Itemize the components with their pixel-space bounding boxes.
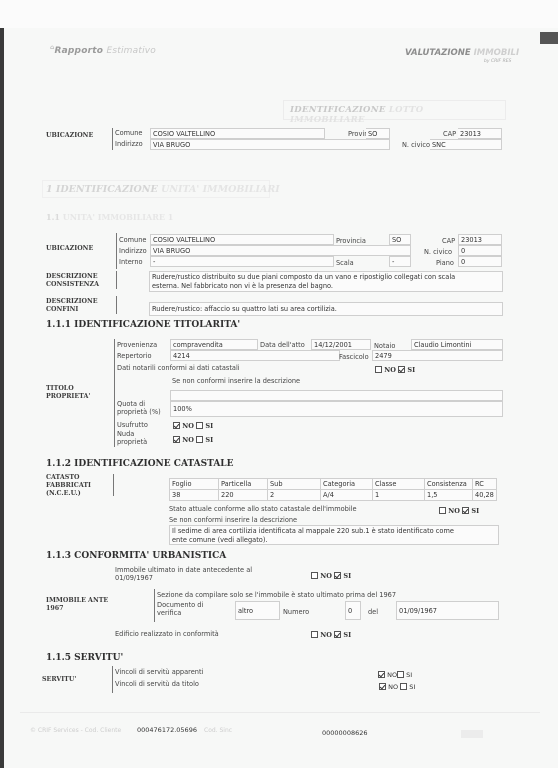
stato-conforme-label: Stato attuale conforme allo stato catast… bbox=[169, 505, 357, 513]
divider bbox=[114, 339, 115, 447]
column-header: Particella bbox=[219, 479, 268, 490]
data-atto-label: Data dell'atto bbox=[260, 341, 305, 349]
checkbox-si[interactable] bbox=[196, 436, 203, 443]
comune-field[interactable]: COSIO VALTELLINO bbox=[150, 128, 325, 139]
provincia-label: Provincia bbox=[336, 237, 366, 245]
piano-field[interactable]: 0 bbox=[458, 256, 502, 267]
quota-label: Quota di proprietà (%) bbox=[117, 400, 161, 416]
provincia-field[interactable]: SO bbox=[366, 128, 390, 139]
descrizione-consistenza-field[interactable]: Rudere/rustico distribuito su due piani … bbox=[149, 271, 503, 292]
del-date-field[interactable]: 01/09/1967 bbox=[396, 601, 499, 620]
titolo-proprieta-label: TITOLO PROPRIETA' bbox=[46, 385, 90, 401]
documento-field[interactable]: altro bbox=[235, 601, 280, 620]
repertorio-field[interactable]: 4214 bbox=[170, 350, 340, 361]
servitu-apparenti-toggle[interactable]: NO SI bbox=[378, 671, 412, 679]
non-conformi-field[interactable]: Il sedime di area cortilizia identificat… bbox=[169, 525, 499, 545]
checkbox-no[interactable] bbox=[439, 507, 446, 514]
immobile-ante-1967-label: IMMOBILE ANTE 1967 bbox=[46, 597, 108, 613]
logo-rapporto-estimativo: ⌂Rapporto Estimativo bbox=[50, 44, 156, 56]
divider bbox=[113, 474, 114, 496]
checkbox-si[interactable] bbox=[462, 507, 469, 514]
catastale-title: 1.1.2 IDENTIFICAZIONE CATASTALE bbox=[46, 459, 234, 469]
numero-label: Numero bbox=[283, 608, 309, 616]
servitu-label: SERVITU' bbox=[42, 676, 76, 684]
documento-label: Documento di verifica bbox=[157, 601, 203, 617]
footer-sinc-label: Cod. Sinc bbox=[204, 727, 232, 734]
divider bbox=[154, 589, 155, 622]
table-cell[interactable]: 40,28 bbox=[473, 490, 497, 501]
sezione-label: Sezione da compilare solo se l'immobile … bbox=[157, 591, 396, 599]
footer-page-badge bbox=[461, 730, 483, 738]
repertorio-label: Repertorio bbox=[117, 352, 152, 360]
conformi-label: Dati notarili conformi ai dati catastali bbox=[117, 364, 240, 372]
conformita-label: Edificio realizzato in conformità bbox=[115, 630, 219, 638]
checkbox-si[interactable] bbox=[196, 422, 203, 429]
checkbox-si[interactable] bbox=[400, 683, 407, 690]
provincia-field[interactable]: SO bbox=[389, 234, 411, 245]
table-header-row: Foglio Particella Sub Categoria Classe C… bbox=[170, 479, 497, 490]
scan-edge-left bbox=[0, 28, 4, 768]
civico-label: N. civico bbox=[402, 141, 430, 149]
column-header: Classe bbox=[373, 479, 425, 490]
usufrutto-toggle[interactable]: NO SI bbox=[173, 422, 213, 430]
fascicolo-field[interactable]: 2479 bbox=[372, 350, 503, 361]
checkbox-no[interactable] bbox=[378, 671, 385, 678]
table-cell[interactable]: 1 bbox=[373, 490, 425, 501]
footer-divider bbox=[20, 712, 540, 713]
data-atto-field[interactable]: 14/12/2001 bbox=[311, 339, 371, 350]
conformi-toggle[interactable]: NO SI bbox=[375, 366, 415, 374]
servitu-title: 1.1.5 SERVITU' bbox=[46, 653, 123, 663]
checkbox-no[interactable] bbox=[311, 631, 318, 638]
table-cell[interactable]: 220 bbox=[219, 490, 268, 501]
provenienza-label: Provenienza bbox=[117, 341, 157, 349]
titolarita-title: 1.1.1 IDENTIFICAZIONE TITOLARITA' bbox=[46, 320, 240, 330]
stato-conforme-toggle[interactable]: NO SI bbox=[439, 507, 479, 515]
divider bbox=[112, 128, 113, 150]
column-header: Sub bbox=[268, 479, 321, 490]
logo-valutazione-immobili: VALUTAZIONE IMMOBILI bbox=[405, 48, 519, 58]
servitu-apparenti-label: Vincoli di servitù apparenti bbox=[115, 668, 203, 676]
unit1-title: 1.1 UNITA' IMMOBILIARE 1 bbox=[46, 212, 173, 222]
nuda-proprieta-label: Nuda proprietà bbox=[117, 430, 147, 446]
checkbox-si[interactable] bbox=[397, 671, 404, 678]
civico-field[interactable]: SNC bbox=[430, 139, 502, 150]
section-banner: IDENTIFICAZIONE LOTTO IMMOBILIARE bbox=[283, 100, 506, 120]
cap-label: CAP bbox=[443, 130, 456, 138]
indirizzo-label: Indirizzo bbox=[115, 140, 143, 148]
checkbox-si[interactable] bbox=[334, 631, 341, 638]
notaio-field[interactable]: Claudio Limontini bbox=[411, 339, 503, 350]
non-conformi-label: Se non conformi inserire la descrizione bbox=[172, 377, 300, 385]
cap-label: CAP bbox=[442, 237, 455, 245]
non-conformi-field[interactable] bbox=[170, 390, 503, 401]
ubicazione-unita-label: UBICAZIONE bbox=[46, 245, 93, 253]
ultimato-label: Immobile ultimato in date antecedente al… bbox=[115, 566, 252, 582]
table-cell[interactable]: 2 bbox=[268, 490, 321, 501]
fascicolo-label: Fascicolo bbox=[339, 353, 369, 361]
divider bbox=[116, 296, 117, 314]
divider bbox=[116, 271, 117, 289]
divider bbox=[116, 233, 117, 269]
civico-field[interactable]: 0 bbox=[458, 245, 502, 256]
comune-field[interactable]: COSIO VALTELLINO bbox=[150, 234, 334, 245]
interno-label: Interno bbox=[119, 258, 143, 266]
servitu-titolo-toggle[interactable]: NO SI bbox=[379, 683, 415, 691]
checkbox-no[interactable] bbox=[379, 683, 386, 690]
del-label: del bbox=[368, 608, 378, 616]
cap-field[interactable]: 23013 bbox=[458, 234, 502, 245]
indirizzo-field[interactable]: VIA BRUGO bbox=[150, 245, 411, 256]
footer-copyright: © CRIF Services - Cod. Cliente bbox=[30, 727, 121, 734]
nuda-proprieta-toggle[interactable]: NO SI bbox=[173, 436, 213, 444]
column-header: Foglio bbox=[170, 479, 219, 490]
provenienza-field[interactable]: compravendita bbox=[170, 339, 258, 350]
column-header: Categoria bbox=[321, 479, 373, 490]
cap-field[interactable]: 23013 bbox=[458, 128, 502, 139]
notaio-label: Notaio bbox=[374, 342, 395, 350]
ubicazione-lotto-label: UBICAZIONE bbox=[46, 132, 93, 140]
catasto-fabbricati-label: CATASTO FABBRICATI (N.C.E.U.) bbox=[46, 474, 91, 498]
indirizzo-label: Indirizzo bbox=[119, 247, 147, 255]
checkbox-no[interactable] bbox=[375, 366, 382, 373]
quota-field[interactable]: 100% bbox=[170, 401, 503, 417]
usufrutto-label: Usufrutto bbox=[117, 421, 148, 429]
checkbox-no[interactable] bbox=[311, 572, 318, 579]
descrizione-confini-label: DESCRIZIONE CONFINI bbox=[46, 298, 98, 314]
table-cell[interactable]: 38 bbox=[170, 490, 219, 501]
divider bbox=[112, 666, 113, 693]
scan-edge-right bbox=[540, 32, 558, 44]
checkbox-si[interactable] bbox=[398, 366, 405, 373]
checkbox-no[interactable] bbox=[173, 436, 180, 443]
table-cell[interactable]: A/4 bbox=[321, 490, 373, 501]
checkbox-si[interactable] bbox=[334, 572, 341, 579]
interno-field[interactable]: - bbox=[150, 256, 334, 267]
footer-sinc-code: 00000008626 bbox=[322, 729, 368, 737]
piano-label: Piano bbox=[436, 259, 454, 267]
descrizione-confini-field[interactable]: Rudere/rustico: affaccio su quattro lati… bbox=[149, 302, 503, 316]
scala-label: Scala bbox=[336, 259, 354, 267]
scan-margin-top bbox=[0, 0, 558, 28]
comune-label: Comune bbox=[115, 129, 142, 137]
servitu-titolo-label: Vincoli di servitù da titolo bbox=[115, 680, 199, 688]
comune-label: Comune bbox=[119, 236, 146, 244]
table-row: 38 220 2 A/4 1 1,5 40,28 bbox=[170, 490, 497, 501]
catasto-table: Foglio Particella Sub Categoria Classe C… bbox=[169, 478, 497, 501]
logo-subtitle: by CRIF RES bbox=[484, 59, 511, 64]
footer-client-code: 000476172.05696 bbox=[137, 726, 197, 734]
descrizione-consistenza-label: DESCRIZIONE CONSISTENZA bbox=[46, 273, 99, 289]
numero-field[interactable]: 0 bbox=[345, 601, 361, 620]
civico-label: N. civico bbox=[424, 248, 452, 256]
non-conformi-label: Se non conformi inserire la descrizione bbox=[169, 516, 297, 524]
column-header: Consistenza bbox=[425, 479, 473, 490]
urbanistica-title: 1.1.3 CONFORMITA' URBANISTICA bbox=[46, 551, 226, 561]
ultimato-toggle[interactable]: NO SI bbox=[311, 572, 351, 580]
section1-title: 1 IDENTIFICAZIONE UNITA' IMMOBILIARI bbox=[46, 184, 280, 195]
checkbox-no[interactable] bbox=[173, 422, 180, 429]
scala-field[interactable]: - bbox=[389, 256, 411, 267]
indirizzo-field[interactable]: VIA BRUGO bbox=[150, 139, 390, 150]
conformita-toggle[interactable]: NO SI bbox=[311, 631, 351, 639]
column-header: RC bbox=[473, 479, 497, 490]
table-cell[interactable]: 1,5 bbox=[425, 490, 473, 501]
